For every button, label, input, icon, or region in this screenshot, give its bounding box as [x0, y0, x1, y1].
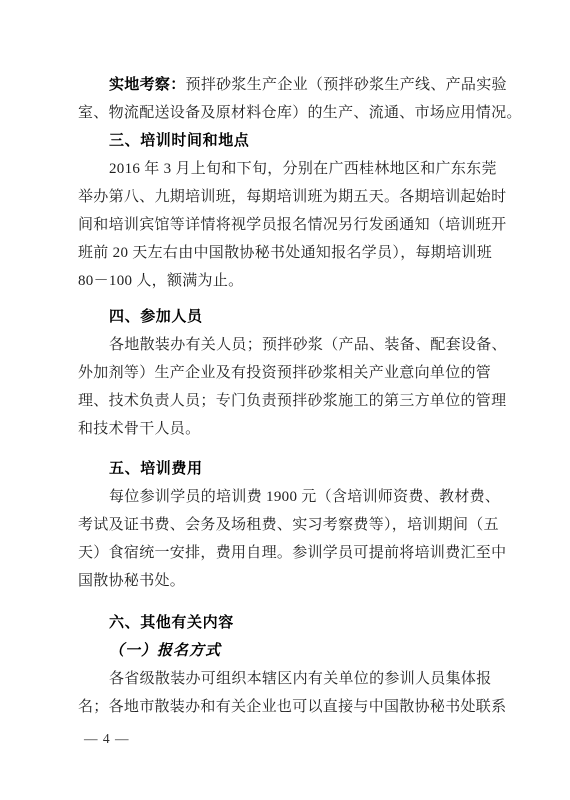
text-line: 室、物流配送设备及原材料仓库）的生产、流通、市场应用情况。 [78, 99, 508, 127]
text-line: 80－100 人，额满为止。 [78, 267, 508, 295]
section-heading-3: 三、培训时间和地点 [78, 127, 508, 155]
text-line: 班前 20 天左右由中国散协秘书处通知报名学员），每期培训班 [78, 239, 508, 267]
text-line: 每位参训学员的培训费 1900 元（含培训师资费、教材费、 [78, 483, 508, 511]
paragraph-lead: 实地考察： [109, 76, 186, 93]
text-line: 各省级散装办可组织本辖区内有关单位的参训人员集体报 [78, 665, 508, 693]
subsection-heading: （一）报名方式 [78, 637, 508, 665]
text-line: 外加剂等）生产企业及有投资预拌砂浆相关产业意向单位的管 [78, 359, 508, 387]
section-heading-6: 六、其他有关内容 [78, 609, 508, 637]
text-block: 实地考察：预拌砂浆生产企业（预拌砂浆生产线、产品实验 室、物流配送设备及原材料仓… [78, 71, 508, 749]
document-page: 实地考察：预拌砂浆生产企业（预拌砂浆生产线、产品实验 室、物流配送设备及原材料仓… [0, 0, 570, 800]
text-line: 各地散装办有关人员；预拌砂浆（产品、装备、配套设备、 [78, 331, 508, 359]
text-line: 国散协秘书处。 [78, 567, 508, 595]
section-heading-4: 四、参加人员 [78, 303, 508, 331]
text-line: 2016 年 3 月上旬和下旬，分别在广西桂林地区和广东东莞 [78, 155, 508, 183]
paragraph-first-line: 实地考察：预拌砂浆生产企业（预拌砂浆生产线、产品实验 [78, 71, 508, 99]
text-line: 预拌砂浆生产企业（预拌砂浆生产线、产品实验 [186, 77, 507, 93]
text-line: 天）食宿统一安排，费用自理。参训学员可提前将培训费汇至中 [78, 539, 508, 567]
text-line: 名；各地市散装办和有关企业也可以直接与中国散协秘书处联系 [78, 693, 508, 721]
text-line: 理、技术负责人员；专门负责预拌砂浆施工的第三方单位的管理 [78, 387, 508, 415]
text-line: 间和培训宾馆等详情将视学员报名情况另行发函通知（培训班开 [78, 211, 508, 239]
text-line: 和技术骨干人员。 [78, 415, 508, 443]
page-number: — 4 — [78, 729, 508, 749]
section-heading-5: 五、培训费用 [78, 455, 508, 483]
text-line: 举办第八、九期培训班，每期培训班为期五天。各期培训起始时 [78, 183, 508, 211]
text-line: 考试及证书费、会务及场租费、实习考察费等），培训期间（五 [78, 511, 508, 539]
